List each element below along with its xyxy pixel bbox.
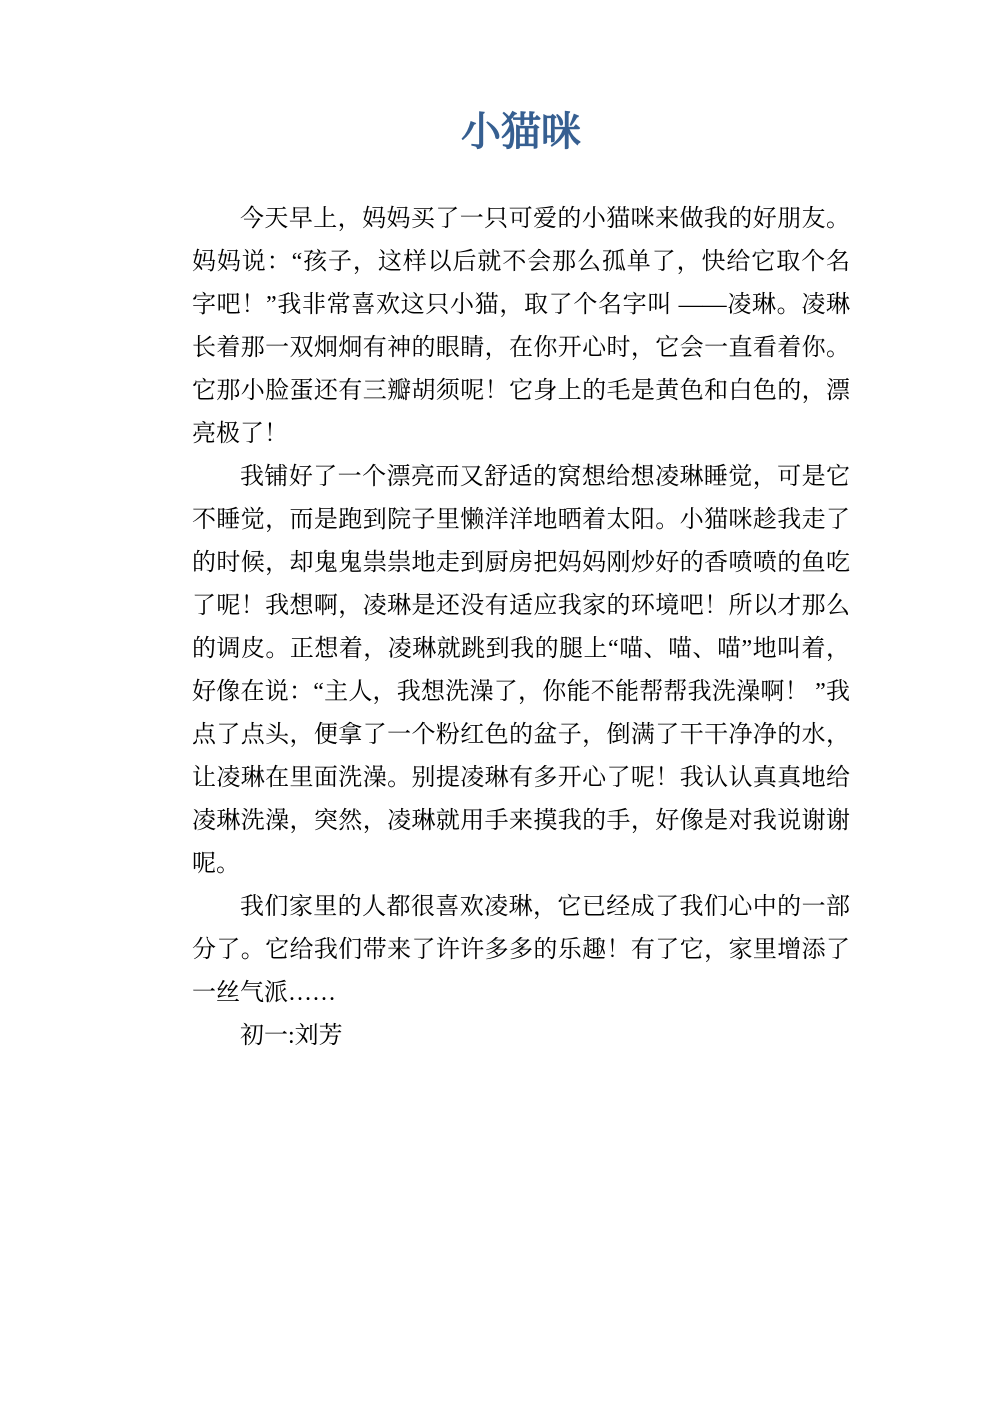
paragraph-family-love: 我们家里的人都很喜欢凌琳，它已经成了我们心中的一部分了。它给我们带来了许许多多的… — [192, 886, 850, 1015]
paragraph-intro-kitten: 今天早上，妈妈买了一只可爱的小猫咪来做我的好朋友。妈妈说：“孩子，这样以后就不会… — [192, 198, 850, 456]
paragraph-kitten-antics: 我铺好了一个漂亮而又舒适的窝想给想凌琳睡觉，可是它不睡觉，而是跑到院子里懒洋洋地… — [192, 456, 850, 886]
author-signature: 初一:刘芳 — [192, 1015, 850, 1058]
document-page: 小猫咪 今天早上，妈妈买了一只可爱的小猫咪来做我的好朋友。妈妈说：“孩子，这样以… — [0, 0, 993, 1404]
document-title: 小猫咪 — [192, 108, 850, 156]
